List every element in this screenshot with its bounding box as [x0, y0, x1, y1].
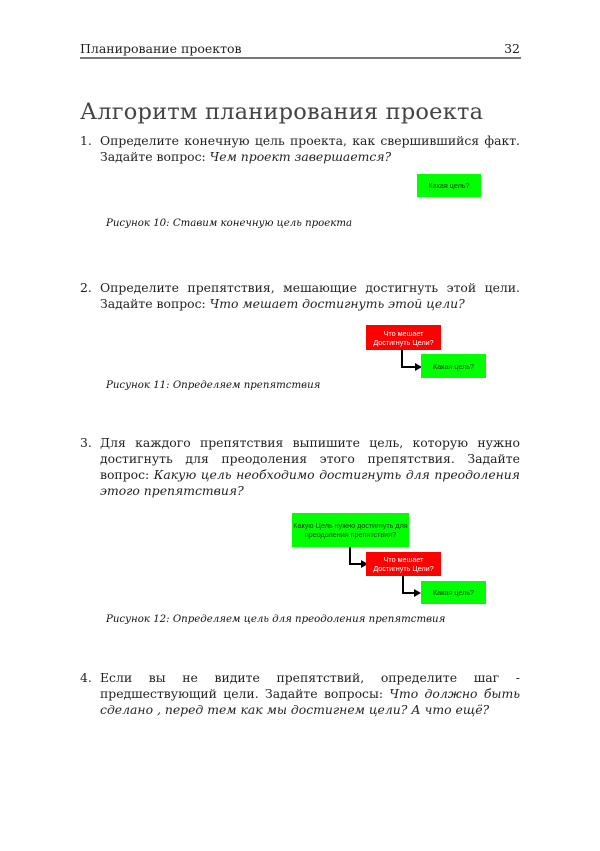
step-number: 3. [80, 435, 92, 451]
step-text: Если вы не видите препятствий, определит… [100, 670, 520, 718]
obstacle-box: Что мешает Достигнуть Цели? [366, 552, 441, 576]
figure-caption: Рисунок 12: Определяем цель для преодоле… [106, 614, 445, 625]
step-4: 4. Если вы не видите препятствий, опреде… [80, 670, 520, 718]
step-3: 3. Для каждого препятствия выпишите цель… [80, 435, 520, 499]
step-text: Определите конечную цель проекта, как св… [100, 133, 520, 165]
section-title: Алгоритм планирования проекта [80, 99, 483, 125]
step-question: Чем проект завершается? [210, 149, 392, 164]
step-text: Определите препятствия, мешающие достигн… [100, 280, 520, 312]
step-2: 2. Определите препятствия, мешающие дост… [80, 280, 520, 312]
goal-box: Какая цель? [421, 354, 486, 378]
running-header: Планирование проектов 32 [80, 41, 520, 57]
goal-box: Какая цель? [421, 581, 486, 604]
step-question: Какую цель необходимо достигнуть для пре… [100, 467, 520, 498]
subgoal-box: Какую Цель нужно достигнуть для преодоле… [292, 513, 409, 547]
step-number: 2. [80, 280, 92, 296]
goal-box: Какая цель? [417, 174, 481, 197]
step-1: 1. Определите конечную цель проекта, как… [80, 133, 520, 165]
figure-caption: Рисунок 11: Определяем препятствия [106, 380, 320, 391]
step-number: 1. [80, 133, 92, 149]
obstacle-box: Что мешает Достигнуть Цели? [366, 325, 441, 350]
figure-caption: Рисунок 10: Ставим конечную цель проекта [106, 218, 352, 229]
page-number: 32 [504, 41, 520, 56]
step-number: 4. [80, 670, 92, 686]
step-question: Что мешает достигнуть этой цели? [210, 296, 465, 311]
header-title: Планирование проектов [80, 41, 242, 56]
header-rule [80, 57, 521, 59]
step-text: Для каждого препятствия выпишите цель, к… [100, 435, 520, 499]
